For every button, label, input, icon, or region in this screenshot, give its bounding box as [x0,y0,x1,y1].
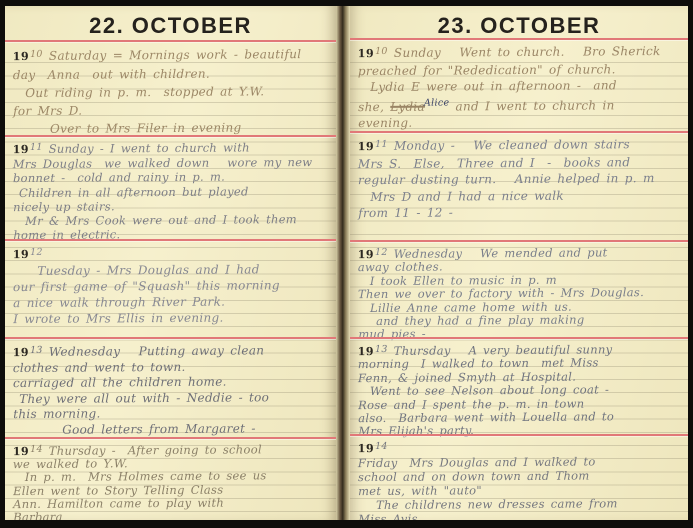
year-printed-label: 19 [13,50,29,63]
handwriting-block: 1913 Thursday A very beautiful sunnymorn… [350,338,688,439]
handwriting-line: Barbara [13,509,333,520]
left-page-entries: 1910 Saturday = Mornings work - beautifu… [5,6,336,520]
year-printed-label: 19 [358,47,374,60]
year-handwritten-digits: 10 [30,49,43,60]
year-handwritten-digits: 10 [375,46,388,57]
diary-entry-1910: 1910 Saturday = Mornings work - beautifu… [5,40,336,135]
right-page-entries: 1910 Sunday Went to church. Bro Sherickp… [350,6,688,520]
handwriting-line: day Anna out with children. [13,64,333,84]
handwriting-block: 1910 Sunday Went to church. Bro Sherickp… [350,39,688,132]
handwriting-line: Good letters from Margaret - [13,420,333,438]
diary-entry-1910: 1910 Sunday Went to church. Bro Sherickp… [350,38,688,131]
handwriting-block: 1911 Sunday - I went to church withMrs D… [5,136,336,243]
handwriting-line: Out riding in p. m. stopped at Y.W. [13,82,333,102]
handwriting-line: I wrote to Mrs Ellis in evening. [13,309,333,327]
handwriting-line: Mr & Mrs Cook were out and I took them [13,212,333,228]
diary-entry-1914: 1914 Thursday - After going to schoolwe … [5,437,336,520]
diary-entry-1912: 1912 Tuesday - Mrs Douglas and I hadour … [5,239,336,337]
year-printed-label: 19 [358,140,374,153]
year-handwritten-digits: 14 [375,441,388,452]
diary-page-right: 23. OCTOBER 1910 Sunday Went to church. … [350,6,688,520]
year-printed-label: 19 [13,445,29,458]
page-header-left: 22. OCTOBER [5,6,336,40]
handwriting-line: Mrs Douglas we walked down wore my new [13,155,333,171]
handwriting-line: for Mrs D. [13,100,333,120]
handwriting-block: 1912 Wednesday We mended and putaway clo… [350,241,688,342]
year-handwritten-digits: 12 [30,247,43,258]
diary-entry-1912: 1912 Wednesday We mended and putaway clo… [350,240,688,337]
handwriting-line: 1910 Sunday Went to church. Bro Sherick [358,42,685,63]
diary-entry-1913: 1913 Wednesday Putting away cleanclothes… [5,337,336,437]
year-printed-label: 19 [358,442,374,455]
handwriting-block: 1910 Saturday = Mornings work - beautifu… [5,41,336,138]
year-handwritten-digits: 11 [30,142,43,153]
year-printed-label: 19 [13,346,29,359]
page-header-right: 23. OCTOBER [350,6,688,40]
year-printed-label: 19 [358,248,374,261]
diary-entry-1913: 1913 Thursday A very beautiful sunnymorn… [350,337,688,434]
handwriting-line: 1910 Saturday = Mornings work - beautifu… [13,44,333,66]
diary-entry-1914: 1914Friday Mrs Douglas and I walked tosc… [350,434,688,520]
diary-entry-1911: 1911 Sunday - I went to church withMrs D… [5,135,336,239]
handwriting-block: 1912 Tuesday - Mrs Douglas and I hadour … [5,240,336,327]
diary-scan: 22. OCTOBER 1910 Saturday = Mornings wor… [0,0,693,528]
book-gutter [336,6,350,520]
year-printed-label: 19 [13,248,29,261]
handwriting-line: 1912 [13,243,333,263]
year-printed-label: 19 [13,143,29,156]
handwriting-line: Miss Avis. [358,510,685,520]
handwriting-line: from 11 - 12 - [358,203,685,222]
year-handwritten-digits: 13 [375,344,388,355]
handwriting-line: 1913 Wednesday Putting away clean [13,341,333,361]
year-handwritten-digits: 12 [375,247,388,258]
year-handwritten-digits: 13 [30,345,43,356]
handwriting-block: 1914 Thursday - After going to schoolwe … [5,438,336,520]
inserted-correction: Alice [424,97,449,108]
year-handwritten-digits: 14 [30,444,43,455]
diary-entry-1911: 1911 Monday - We cleaned down stairsMrs … [350,131,688,240]
handwriting-line: 1911 Monday - We cleaned down stairs [358,135,685,156]
year-handwritten-digits: 11 [375,139,388,150]
struck-out-word: Lydia [390,99,425,113]
handwriting-block: 1913 Wednesday Putting away cleanclothes… [5,338,336,438]
handwriting-block: 1914Friday Mrs Douglas and I walked tosc… [350,435,688,520]
diary-page-left: 22. OCTOBER 1910 Saturday = Mornings wor… [5,6,336,520]
handwriting-line: she, LydiaAlice and I went to church in [358,93,685,115]
handwriting-line: evening. [358,113,685,132]
handwriting-line: regular dusting turn. Annie helped in p.… [358,170,685,189]
handwriting-block: 1911 Monday - We cleaned down stairsMrs … [350,132,688,222]
year-printed-label: 19 [358,345,374,358]
